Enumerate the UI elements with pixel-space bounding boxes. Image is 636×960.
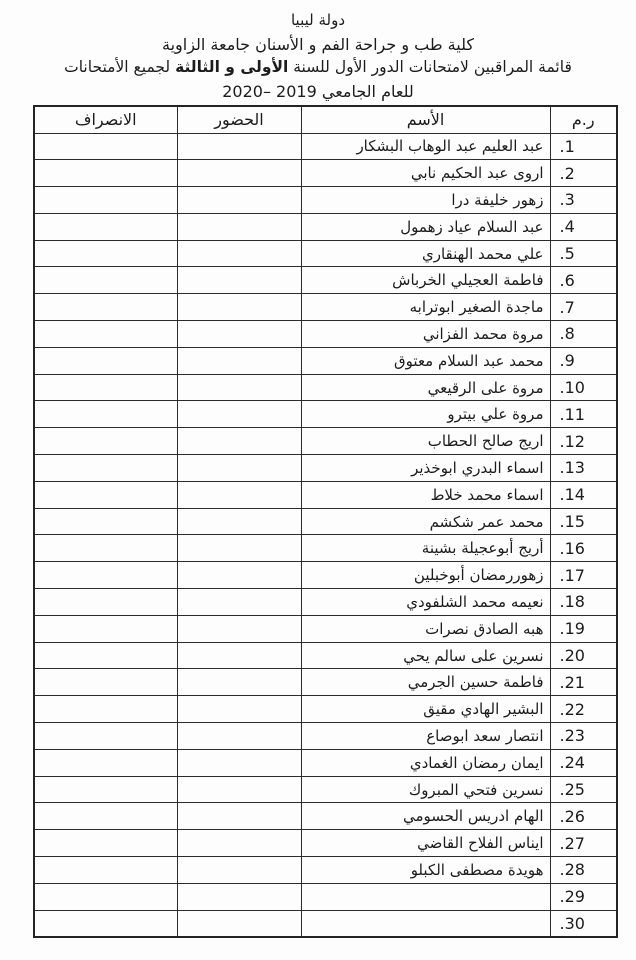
attendance-cell: [177, 133, 301, 160]
invigilator-name-cell: محمد عبد السلام معتوق: [301, 347, 550, 374]
table-row: 6.فاطمة العجيلي الخرباش: [34, 267, 617, 294]
table-row: 2.اروى عبد الحكيم نابي: [34, 160, 617, 187]
invigilator-name-cell: ماجدة الصغير ابوترابه: [301, 294, 550, 321]
attendance-cell: [177, 481, 301, 508]
row-number-cell: 26.: [550, 803, 617, 830]
attendance-cell: [177, 642, 301, 669]
row-number-cell: 7.: [550, 294, 617, 321]
invigilator-name-cell: زهوررمضان أبوخبلين: [301, 562, 550, 589]
row-number-cell: 8.: [550, 321, 617, 348]
departure-cell: [34, 669, 177, 696]
invigilator-name-cell: أريج أبوعجيلة بشينة: [301, 535, 550, 562]
header-list-title: قائمة المراقبين لامتحانات الدور الأول لل…: [18, 56, 618, 80]
invigilator-name-cell: انتصار سعد ابوصاع: [301, 723, 550, 750]
departure-cell: [34, 401, 177, 428]
row-number-cell: 9.: [550, 347, 617, 374]
table-row: 1.عبد العليم عبد الوهاب البشكار: [34, 133, 617, 160]
row-number-cell: 2.: [550, 160, 617, 187]
invigilator-name-cell: نعيمه محمد الشلفودي: [301, 589, 550, 616]
row-number-cell: 23.: [550, 723, 617, 750]
document-header: دولة ليبيا كلية طب و جراحة الفم و الأسنا…: [0, 9, 636, 103]
attendance-cell: [177, 749, 301, 776]
table-row: 22.البشير الهادي مقيق: [34, 696, 617, 723]
departure-cell: [34, 294, 177, 321]
departure-cell: [34, 347, 177, 374]
header-country: دولة ليبيا: [18, 9, 618, 33]
table-row: 16.أريج أبوعجيلة بشينة: [34, 535, 617, 562]
departure-cell: [34, 428, 177, 455]
row-number-cell: 15.: [550, 508, 617, 535]
attendance-cell: [177, 294, 301, 321]
attendance-cell: [177, 267, 301, 294]
table-row: 29.: [34, 883, 617, 910]
attendance-cell: [177, 910, 301, 937]
attendance-cell: [177, 374, 301, 401]
roster-table-body: 1.عبد العليم عبد الوهاب البشكار2.اروى عب…: [34, 133, 617, 937]
invigilator-name-cell: مروة محمد الفزاني: [301, 321, 550, 348]
departure-cell: [34, 857, 177, 884]
header-academic-year: للعام الجامعي 2019 –2020: [18, 80, 618, 104]
departure-cell: [34, 535, 177, 562]
invigilator-name-cell: اسماء محمد خلاط: [301, 481, 550, 508]
departure-cell: [34, 213, 177, 240]
invigilators-table: ر.م الأسم الحضور الانصراف 1.عبد العليم ع…: [33, 105, 618, 938]
row-number-cell: 11.: [550, 401, 617, 428]
departure-cell: [34, 133, 177, 160]
invigilator-name-cell: علي محمد الهنقاري: [301, 240, 550, 267]
list-title-post: لجميع الأمتحانات: [64, 58, 175, 76]
attendance-cell: [177, 883, 301, 910]
table-row: 18.نعيمه محمد الشلفودي: [34, 589, 617, 616]
table-row: 17.زهوررمضان أبوخبلين: [34, 562, 617, 589]
table-row: 10.مروة على الرقيعي: [34, 374, 617, 401]
departure-cell: [34, 723, 177, 750]
invigilator-name-cell: [301, 910, 550, 937]
row-number-cell: 28.: [550, 857, 617, 884]
attendance-cell: [177, 535, 301, 562]
table-row: 21.فاطمة حسين الجرمي: [34, 669, 617, 696]
invigilator-name-cell: نسرين فتحي المبروك: [301, 776, 550, 803]
departure-cell: [34, 776, 177, 803]
row-number-cell: 19.: [550, 615, 617, 642]
departure-cell: [34, 696, 177, 723]
table-row: 9.محمد عبد السلام معتوق: [34, 347, 617, 374]
column-header-attendance: الحضور: [177, 106, 301, 133]
list-title-bold-years: الأولى و الثالثة: [175, 58, 288, 76]
list-title-pre: قائمة المراقبين لامتحانات الدور الأول لل…: [288, 58, 572, 76]
attendance-cell: [177, 669, 301, 696]
invigilator-name-cell: ايناس الفلاح القاضي: [301, 830, 550, 857]
table-row: 25.نسرين فتحي المبروك: [34, 776, 617, 803]
header-faculty: كلية طب و جراحة الفم و الأسنان جامعة الز…: [18, 33, 618, 57]
invigilator-name-cell: مروة على الرقيعي: [301, 374, 550, 401]
departure-cell: [34, 240, 177, 267]
attendance-cell: [177, 347, 301, 374]
table-head: ر.م الأسم الحضور الانصراف: [34, 106, 617, 133]
invigilator-name-cell: عبد السلام عياد زهمول: [301, 213, 550, 240]
departure-cell: [34, 910, 177, 937]
attendance-cell: [177, 615, 301, 642]
row-number-cell: 14.: [550, 481, 617, 508]
table-row: 8.مروة محمد الفزاني: [34, 321, 617, 348]
attendance-cell: [177, 187, 301, 214]
attendance-cell: [177, 321, 301, 348]
attendance-cell: [177, 723, 301, 750]
attendance-cell: [177, 776, 301, 803]
column-header-departure: الانصراف: [34, 106, 177, 133]
table-header-row: ر.م الأسم الحضور الانصراف: [34, 106, 617, 133]
table-row: 23.انتصار سعد ابوصاع: [34, 723, 617, 750]
row-number-cell: 29.: [550, 883, 617, 910]
attendance-cell: [177, 830, 301, 857]
table-row: 7.ماجدة الصغير ابوترابه: [34, 294, 617, 321]
invigilator-name-cell: نسرين على سالم يحي: [301, 642, 550, 669]
departure-cell: [34, 160, 177, 187]
attendance-cell: [177, 562, 301, 589]
invigilator-name-cell: اسماء البدري ابوخذير: [301, 455, 550, 482]
row-number-cell: 10.: [550, 374, 617, 401]
departure-cell: [34, 455, 177, 482]
row-number-cell: 3.: [550, 187, 617, 214]
table-row: 3.زهور خليفة درا: [34, 187, 617, 214]
table-row: 27.ايناس الفلاح القاضي: [34, 830, 617, 857]
table-row: 15.محمد عمر شكشم: [34, 508, 617, 535]
invigilator-name-cell: ايمان رمضان الغمادي: [301, 749, 550, 776]
attendance-cell: [177, 455, 301, 482]
row-number-cell: 12.: [550, 428, 617, 455]
row-number-cell: 6.: [550, 267, 617, 294]
attendance-cell: [177, 213, 301, 240]
attendance-cell: [177, 240, 301, 267]
departure-cell: [34, 374, 177, 401]
row-number-cell: 21.: [550, 669, 617, 696]
table-row: 28.هويدة مصطفى الكبلو: [34, 857, 617, 884]
column-header-name: الأسم: [301, 106, 550, 133]
table-row: 14.اسماء محمد خلاط: [34, 481, 617, 508]
invigilator-name-cell: الهام ادريس الحسومي: [301, 803, 550, 830]
row-number-cell: 17.: [550, 562, 617, 589]
row-number-cell: 4.: [550, 213, 617, 240]
table-row: 12.اريج صالح الحطاب: [34, 428, 617, 455]
column-header-number: ر.م: [550, 106, 617, 133]
row-number-cell: 24.: [550, 749, 617, 776]
row-number-cell: 20.: [550, 642, 617, 669]
departure-cell: [34, 481, 177, 508]
table-row: 26.الهام ادريس الحسومي: [34, 803, 617, 830]
table-row: 20.نسرين على سالم يحي: [34, 642, 617, 669]
invigilator-name-cell: هبه الصادق نصرات: [301, 615, 550, 642]
attendance-cell: [177, 696, 301, 723]
invigilator-name-cell: محمد عمر شكشم: [301, 508, 550, 535]
row-number-cell: 27.: [550, 830, 617, 857]
row-number-cell: 1.: [550, 133, 617, 160]
invigilator-name-cell: هويدة مصطفى الكبلو: [301, 857, 550, 884]
departure-cell: [34, 883, 177, 910]
invigilator-name-cell: فاطمة حسين الجرمي: [301, 669, 550, 696]
departure-cell: [34, 589, 177, 616]
departure-cell: [34, 321, 177, 348]
row-number-cell: 30.: [550, 910, 617, 937]
invigilator-name-cell: مروة علي بيترو: [301, 401, 550, 428]
attendance-cell: [177, 160, 301, 187]
table-row: 30.: [34, 910, 617, 937]
row-number-cell: 16.: [550, 535, 617, 562]
attendance-cell: [177, 508, 301, 535]
departure-cell: [34, 187, 177, 214]
invigilator-name-cell: اريج صالح الحطاب: [301, 428, 550, 455]
row-number-cell: 22.: [550, 696, 617, 723]
table-row: 24.ايمان رمضان الغمادي: [34, 749, 617, 776]
row-number-cell: 13.: [550, 455, 617, 482]
document-page: دولة ليبيا كلية طب و جراحة الفم و الأسنا…: [0, 0, 636, 960]
table-row: 5.علي محمد الهنقاري: [34, 240, 617, 267]
table-row: 4.عبد السلام عياد زهمول: [34, 213, 617, 240]
row-number-cell: 18.: [550, 589, 617, 616]
invigilator-name-cell: زهور خليفة درا: [301, 187, 550, 214]
departure-cell: [34, 615, 177, 642]
invigilator-name-cell: [301, 883, 550, 910]
departure-cell: [34, 803, 177, 830]
attendance-cell: [177, 857, 301, 884]
table-row: 13.اسماء البدري ابوخذير: [34, 455, 617, 482]
table-row: 19.هبه الصادق نصرات: [34, 615, 617, 642]
attendance-cell: [177, 803, 301, 830]
attendance-cell: [177, 401, 301, 428]
departure-cell: [34, 830, 177, 857]
departure-cell: [34, 562, 177, 589]
invigilator-name-cell: فاطمة العجيلي الخرباش: [301, 267, 550, 294]
departure-cell: [34, 642, 177, 669]
departure-cell: [34, 749, 177, 776]
attendance-cell: [177, 589, 301, 616]
departure-cell: [34, 267, 177, 294]
departure-cell: [34, 508, 177, 535]
invigilator-name-cell: اروى عبد الحكيم نابي: [301, 160, 550, 187]
table-row: 11.مروة علي بيترو: [34, 401, 617, 428]
row-number-cell: 25.: [550, 776, 617, 803]
attendance-cell: [177, 428, 301, 455]
invigilator-name-cell: عبد العليم عبد الوهاب البشكار: [301, 133, 550, 160]
invigilator-name-cell: البشير الهادي مقيق: [301, 696, 550, 723]
row-number-cell: 5.: [550, 240, 617, 267]
